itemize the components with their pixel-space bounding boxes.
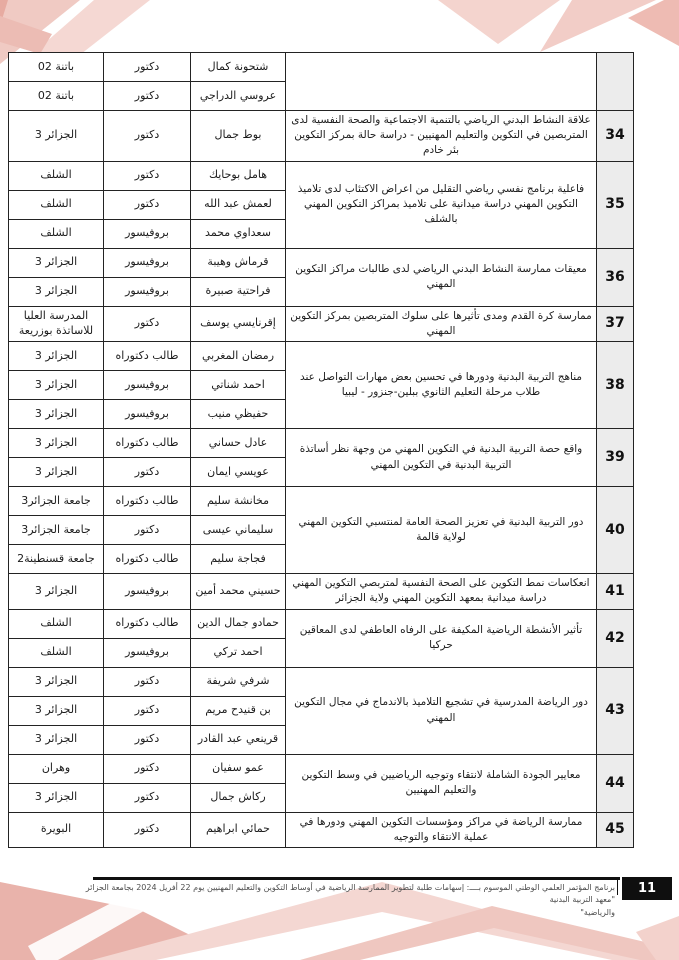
author-name-cell: فراحتية صبيرة	[191, 277, 286, 306]
paper-title-cell: معايير الجودة الشاملة لانتقاء وتوجيه الر…	[286, 754, 597, 812]
affiliation-cell: الجزائر 3	[9, 277, 104, 306]
affiliation-cell: الجزائر 3	[9, 371, 104, 400]
affiliation-cell: الجزائر 3	[9, 574, 104, 609]
paper-title-cell: مناهج التربية البدنية ودورها في تحسين بع…	[286, 342, 597, 429]
author-name-cell: عمو سفيان	[191, 754, 286, 783]
degree-cell: دكتور	[104, 306, 191, 341]
degree-cell: دكتور	[104, 812, 191, 847]
entry-number-cell: 42	[597, 609, 634, 667]
author-name-cell: عروسي الدراجي	[191, 82, 286, 111]
paper-title-cell: علاقة النشاط البدني الرياضي بالتنمية الا…	[286, 111, 597, 162]
degree-cell: بروفيسور	[104, 248, 191, 277]
affiliation-cell: الشلف	[9, 190, 104, 219]
table-row: 39واقع حصة التربية البدنية في التكوين ال…	[9, 429, 634, 458]
table-row: 38مناهج التربية البدنية ودورها في تحسين …	[9, 342, 634, 371]
degree-cell: دكتور	[104, 53, 191, 82]
degree-cell: دكتور	[104, 190, 191, 219]
degree-cell: دكتور	[104, 82, 191, 111]
entry-number-cell: 44	[597, 754, 634, 812]
affiliation-cell: باتنة 02	[9, 53, 104, 82]
degree-cell: دكتور	[104, 667, 191, 696]
paper-title-cell: معيقات ممارسة النشاط البدني الرياضي لدى …	[286, 248, 597, 306]
degree-cell: دكتور	[104, 754, 191, 783]
degree-cell: دكتور	[104, 111, 191, 162]
author-name-cell: شرفي شريفة	[191, 667, 286, 696]
author-name-cell: قرينعي عبد القادر	[191, 725, 286, 754]
table-row: شتحونة كمالدكتورباتنة 02	[9, 53, 634, 82]
author-name-cell: احمد تركي	[191, 638, 286, 667]
program-table: شتحونة كمالدكتورباتنة 02عروسي الدراجيدكت…	[8, 52, 634, 848]
table-row: 44معايير الجودة الشاملة لانتقاء وتوجيه ا…	[9, 754, 634, 783]
author-name-cell: حمادو جمال الدين	[191, 609, 286, 638]
table-row: 40دور التربية البدنية في تعزيز الصحة الع…	[9, 487, 634, 516]
author-name-cell: إقرنايسي يوسف	[191, 306, 286, 341]
affiliation-cell: الجزائر 3	[9, 400, 104, 429]
degree-cell: طالب دكتوراه	[104, 545, 191, 574]
affiliation-cell: الجزائر 3	[9, 696, 104, 725]
author-name-cell: ركاش جمال	[191, 783, 286, 812]
paper-title-cell: انعكاسات نمط التكوين على الصحة النفسية ل…	[286, 574, 597, 609]
author-name-cell: مخانشة سليم	[191, 487, 286, 516]
entry-number-cell: 38	[597, 342, 634, 429]
author-name-cell: قرماش وهيبة	[191, 248, 286, 277]
affiliation-cell: وهران	[9, 754, 104, 783]
author-name-cell: لعمش عبد الله	[191, 190, 286, 219]
affiliation-cell: الجزائر 3	[9, 725, 104, 754]
affiliation-cell: جامعة قسنطينة2	[9, 545, 104, 574]
degree-cell: دكتور	[104, 783, 191, 812]
entry-number-cell: 36	[597, 248, 634, 306]
entry-number-cell: 45	[597, 812, 634, 847]
author-name-cell: بوط جمال	[191, 111, 286, 162]
author-name-cell: عادل حساني	[191, 429, 286, 458]
author-name-cell: سعداوي محمد	[191, 219, 286, 248]
document-page: { "page": { "number_label": "11" }, "foo…	[0, 0, 679, 960]
table-row: 37ممارسة كرة القدم ومدى تأثيرها على سلوك…	[9, 306, 634, 341]
paper-title-cell: تأثير الأنشطة الرياضية المكيفة على الرفا…	[286, 609, 597, 667]
affiliation-cell: الشلف	[9, 609, 104, 638]
affiliation-cell: البويرة	[9, 812, 104, 847]
author-name-cell: حسيني محمد أمين	[191, 574, 286, 609]
affiliation-cell: الشلف	[9, 161, 104, 190]
affiliation-cell: الجزائر 3	[9, 783, 104, 812]
affiliation-cell: الجزائر 3	[9, 667, 104, 696]
entry-number-cell: 37	[597, 306, 634, 341]
paper-title-cell: ممارسة كرة القدم ومدى تأثيرها على سلوك ا…	[286, 306, 597, 341]
paper-title-cell: دور التربية البدنية في تعزيز الصحة العام…	[286, 487, 597, 574]
page-number-badge: 11	[622, 877, 672, 900]
footer-divider-tick	[617, 877, 618, 895]
degree-cell: بروفيسور	[104, 400, 191, 429]
degree-cell: دكتور	[104, 161, 191, 190]
affiliation-cell: الجزائر 3	[9, 429, 104, 458]
degree-cell: بروفيسور	[104, 219, 191, 248]
affiliation-cell: الجزائر 3	[9, 342, 104, 371]
affiliation-cell: الجزائر 3	[9, 248, 104, 277]
author-name-cell: حفيظي منيب	[191, 400, 286, 429]
entry-number-cell: 35	[597, 161, 634, 248]
author-name-cell: شتحونة كمال	[191, 53, 286, 82]
degree-cell: دكتور	[104, 725, 191, 754]
author-name-cell: حمائي ابراهيم	[191, 812, 286, 847]
degree-cell: بروفيسور	[104, 638, 191, 667]
entry-number-cell: 34	[597, 111, 634, 162]
author-name-cell: سليماني عيسى	[191, 516, 286, 545]
entry-number-cell: 41	[597, 574, 634, 609]
affiliation-cell: الشلف	[9, 638, 104, 667]
paper-title-cell: ممارسة الرياضة في مراكز ومؤسسات التكوين …	[286, 812, 597, 847]
paper-title-cell: دور الرياضة المدرسية في تشجيع التلاميذ ب…	[286, 667, 597, 754]
affiliation-cell: باتنة 02	[9, 82, 104, 111]
degree-cell: طالب دكتوراه	[104, 609, 191, 638]
table-row: 35فاعلية برنامج نفسي رياضي التقليل من اع…	[9, 161, 634, 190]
degree-cell: طالب دكتوراه	[104, 429, 191, 458]
author-name-cell: عويسي ايمان	[191, 458, 286, 487]
degree-cell: بروفيسور	[104, 574, 191, 609]
table-row: 45ممارسة الرياضة في مراكز ومؤسسات التكوي…	[9, 812, 634, 847]
paper-title-cell: فاعلية برنامج نفسي رياضي التقليل من اعرا…	[286, 161, 597, 248]
author-name-cell: هامل بوحايك	[191, 161, 286, 190]
author-name-cell: فجاجة سليم	[191, 545, 286, 574]
entry-number-cell: 39	[597, 429, 634, 487]
top-right-decoration	[438, 0, 679, 52]
entry-number-cell: 43	[597, 667, 634, 754]
entry-number-cell: 40	[597, 487, 634, 574]
entry-number-cell	[597, 53, 634, 111]
author-name-cell: احمد شناتي	[191, 371, 286, 400]
page-number: 11	[638, 881, 656, 896]
table-row: 43دور الرياضة المدرسية في تشجيع التلاميذ…	[9, 667, 634, 696]
table-row: 34علاقة النشاط البدني الرياضي بالتنمية ا…	[9, 111, 634, 162]
footer-note: برنامج المؤتمر العلمي الوطني الموسوم بــ…	[70, 882, 615, 919]
affiliation-cell: جامعة الجزائر3	[9, 516, 104, 545]
degree-cell: دكتور	[104, 458, 191, 487]
footer-note-line2: والرياضية"	[70, 907, 615, 919]
affiliation-cell: المدرسة العليا للاساتذة بوزريعة	[9, 306, 104, 341]
degree-cell: طالب دكتوراه	[104, 487, 191, 516]
affiliation-cell: الجزائر 3	[9, 111, 104, 162]
author-name-cell: بن قنيدح مريم	[191, 696, 286, 725]
table-row: 36معيقات ممارسة النشاط البدني الرياضي لد…	[9, 248, 634, 277]
degree-cell: دكتور	[104, 516, 191, 545]
degree-cell: دكتور	[104, 696, 191, 725]
affiliation-cell: جامعة الجزائر3	[9, 487, 104, 516]
degree-cell: بروفيسور	[104, 371, 191, 400]
footer-note-line1: برنامج المؤتمر العلمي الوطني الموسوم بــ…	[70, 882, 615, 907]
affiliation-cell: الشلف	[9, 219, 104, 248]
author-name-cell: رمضان المغربي	[191, 342, 286, 371]
paper-title-cell	[286, 53, 597, 111]
table-row: 41انعكاسات نمط التكوين على الصحة النفسية…	[9, 574, 634, 609]
degree-cell: طالب دكتوراه	[104, 342, 191, 371]
degree-cell: بروفيسور	[104, 277, 191, 306]
paper-title-cell: واقع حصة التربية البدنية في التكوين المه…	[286, 429, 597, 487]
affiliation-cell: الجزائر 3	[9, 458, 104, 487]
table-row: 42تأثير الأنشطة الرياضية المكيفة على الر…	[9, 609, 634, 638]
footer-divider	[93, 877, 620, 880]
